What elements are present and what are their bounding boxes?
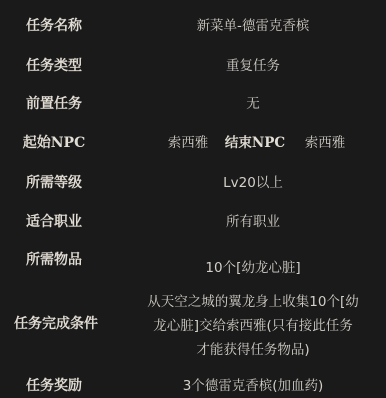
level-value: Lv20以上	[140, 174, 366, 192]
start-npc-value: 索西雅	[150, 134, 226, 152]
quest-type-value: 重复任务	[140, 57, 366, 75]
condition-line: 才能获得任务物品)	[140, 338, 366, 362]
quest-type-label: 任务类型	[0, 57, 108, 75]
condition-value: 从天空之城的翼龙身上收集10个[幼 龙心脏]交给索西雅(只有接此任务 才能获得任…	[140, 290, 366, 362]
items-label: 所需物品	[0, 251, 108, 269]
reward-label: 任务奖励	[0, 377, 108, 395]
class-label: 适合职业	[0, 213, 108, 231]
end-npc-value: 索西雅	[290, 134, 360, 152]
items-value: 10个[幼龙心脏]	[140, 259, 366, 277]
reward-value: 3个德雷克香槟(加血药)	[140, 377, 366, 395]
level-label: 所需等级	[0, 174, 108, 192]
condition-line: 龙心脏]交给索西雅(只有接此任务	[140, 314, 366, 338]
quest-name-label: 任务名称	[0, 17, 108, 35]
class-value: 所有职业	[140, 213, 366, 231]
quest-name-value: 新菜单-德雷克香槟	[140, 17, 366, 35]
condition-label: 任务完成条件	[0, 315, 118, 333]
start-npc-label: 起始NPC	[0, 134, 108, 152]
prereq-quest-label: 前置任务	[0, 95, 108, 113]
end-npc-label: 结束NPC	[222, 134, 288, 152]
condition-line: 从天空之城的翼龙身上收集10个[幼	[140, 290, 366, 314]
prereq-quest-value: 无	[140, 95, 366, 113]
